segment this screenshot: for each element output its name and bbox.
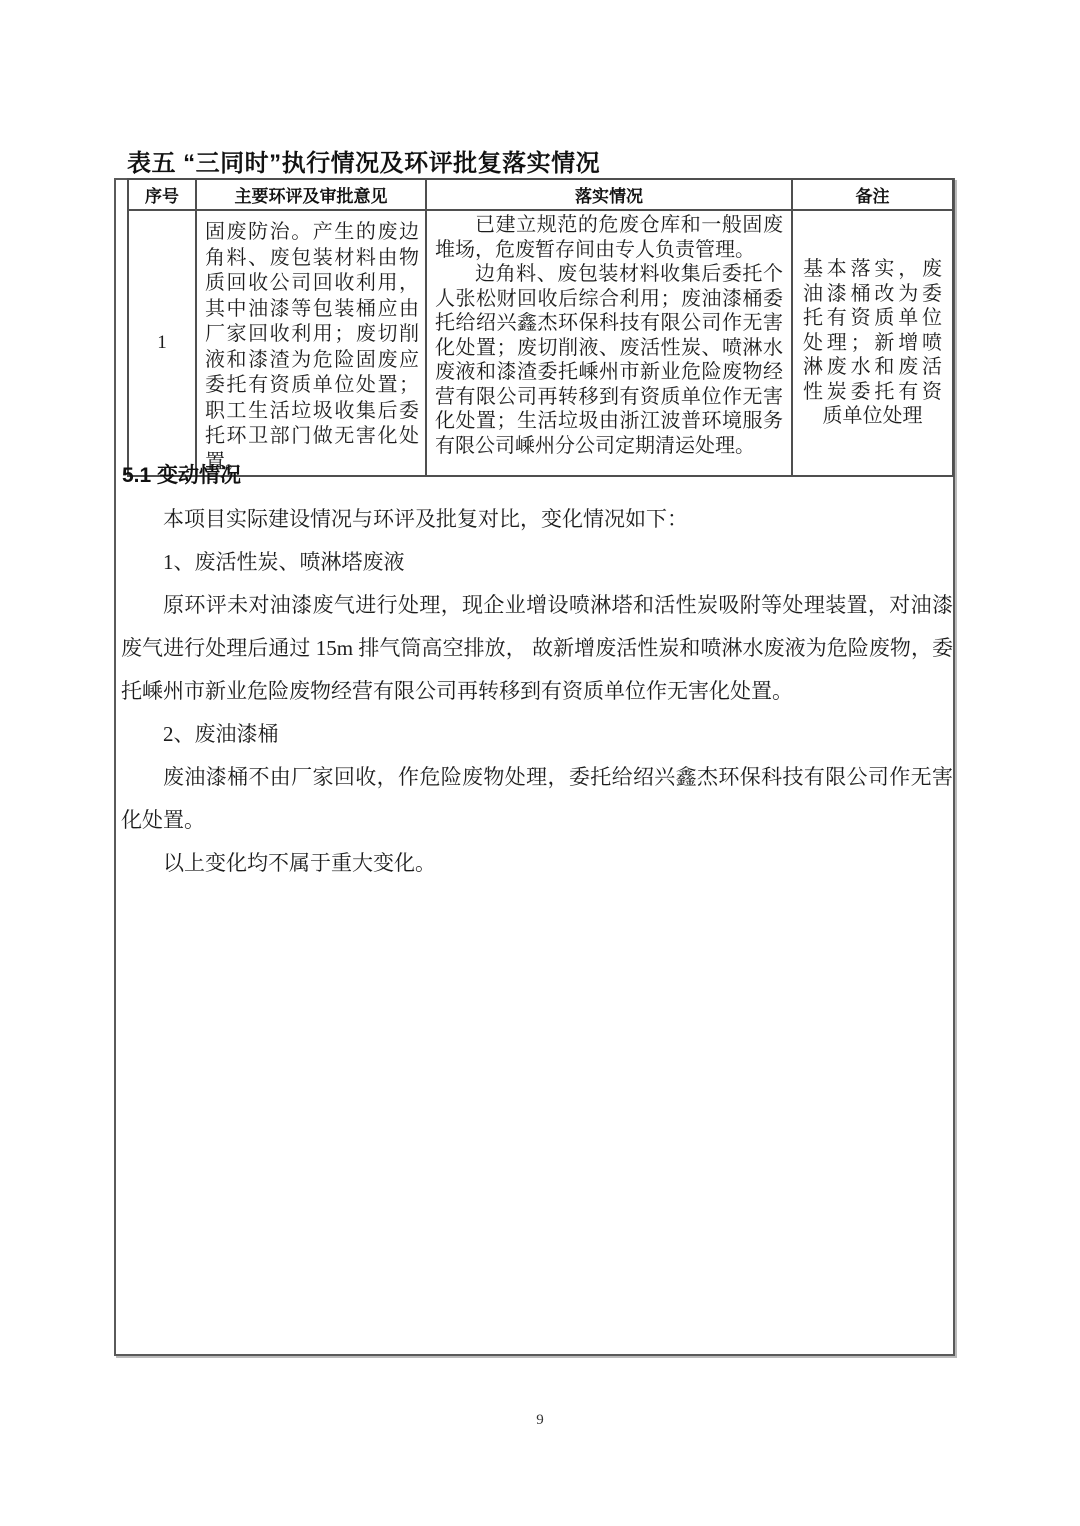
section-paragraph-intro: 本项目实际建设情况与环评及批复对比，变化情况如下： — [121, 498, 953, 541]
cell-remark: 基本落实，废油漆桶改为委托有资质单位处理；新增喷淋废水和废活性炭委托有资质单位处… — [792, 210, 953, 476]
section-change-details: 5.1 变动情况 本项目实际建设情况与环评及批复对比，变化情况如下： 1、废活性… — [121, 461, 953, 885]
section-conclusion: 以上变化均不属于重大变化。 — [121, 842, 953, 885]
section-heading: 5.1 变动情况 — [122, 463, 953, 489]
col-header-opinion: 主要环评及审批意见 — [196, 179, 426, 210]
document-page: 表五 “三同时”执行情况及环评批复落实情况 序号 主要环评及审批意见 落实情况 … — [0, 0, 1080, 1526]
table-five: 序号 主要环评及审批意见 落实情况 备注 1 固废防治。产生的废边角料、废包装材… — [127, 178, 954, 477]
page-title: 表五 “三同时”执行情况及环评批复落实情况 — [127, 143, 600, 178]
col-header-index: 序号 — [128, 179, 196, 210]
table-row: 1 固废防治。产生的废边角料、废包装材料由物质回收公司回收利用，其中油漆等包装桶… — [128, 210, 953, 476]
cell-opinion: 固废防治。产生的废边角料、废包装材料由物质回收公司回收利用，其中油漆等包装桶应由… — [196, 210, 426, 476]
cell-implementation: 已建立规范的危废仓库和一般固废堆场，危废暂存间由专人负责管理。 边角料、废包装材… — [426, 210, 792, 476]
section-item-1-title: 1、废活性炭、喷淋塔废液 — [121, 541, 953, 584]
implementation-paragraph-1: 已建立规范的危废仓库和一般固废堆场，危废暂存间由专人负责管理。 — [435, 213, 783, 262]
section-item-2-title: 2、废油漆桶 — [121, 713, 953, 756]
cell-serial-number: 1 — [128, 210, 196, 476]
section-item-1-body: 原环评未对油漆废气进行处理，现企业增设喷淋塔和活性炭吸附等处理装置，对油漆废气进… — [121, 584, 953, 713]
col-header-remark: 备注 — [792, 179, 953, 210]
opinion-text: 固废防治。产生的废边角料、废包装材料由物质回收公司回收利用，其中油漆等包装桶应由… — [205, 220, 419, 475]
implementation-paragraph-2: 边角料、废包装材料收集后委托个人张松财回收后综合利用；废油漆桶委托给绍兴鑫杰环保… — [435, 262, 783, 458]
section-item-2-body: 废油漆桶不由厂家回收，作危险废物处理，委托给绍兴鑫杰环保科技有限公司作无害化处置… — [121, 756, 953, 842]
table-header-row: 序号 主要环评及审批意见 落实情况 备注 — [128, 179, 953, 210]
col-header-implementation: 落实情况 — [426, 179, 792, 210]
content-border: 序号 主要环评及审批意见 落实情况 备注 1 固废防治。产生的废边角料、废包装材… — [114, 178, 955, 1356]
page-number: 9 — [0, 1412, 1080, 1429]
